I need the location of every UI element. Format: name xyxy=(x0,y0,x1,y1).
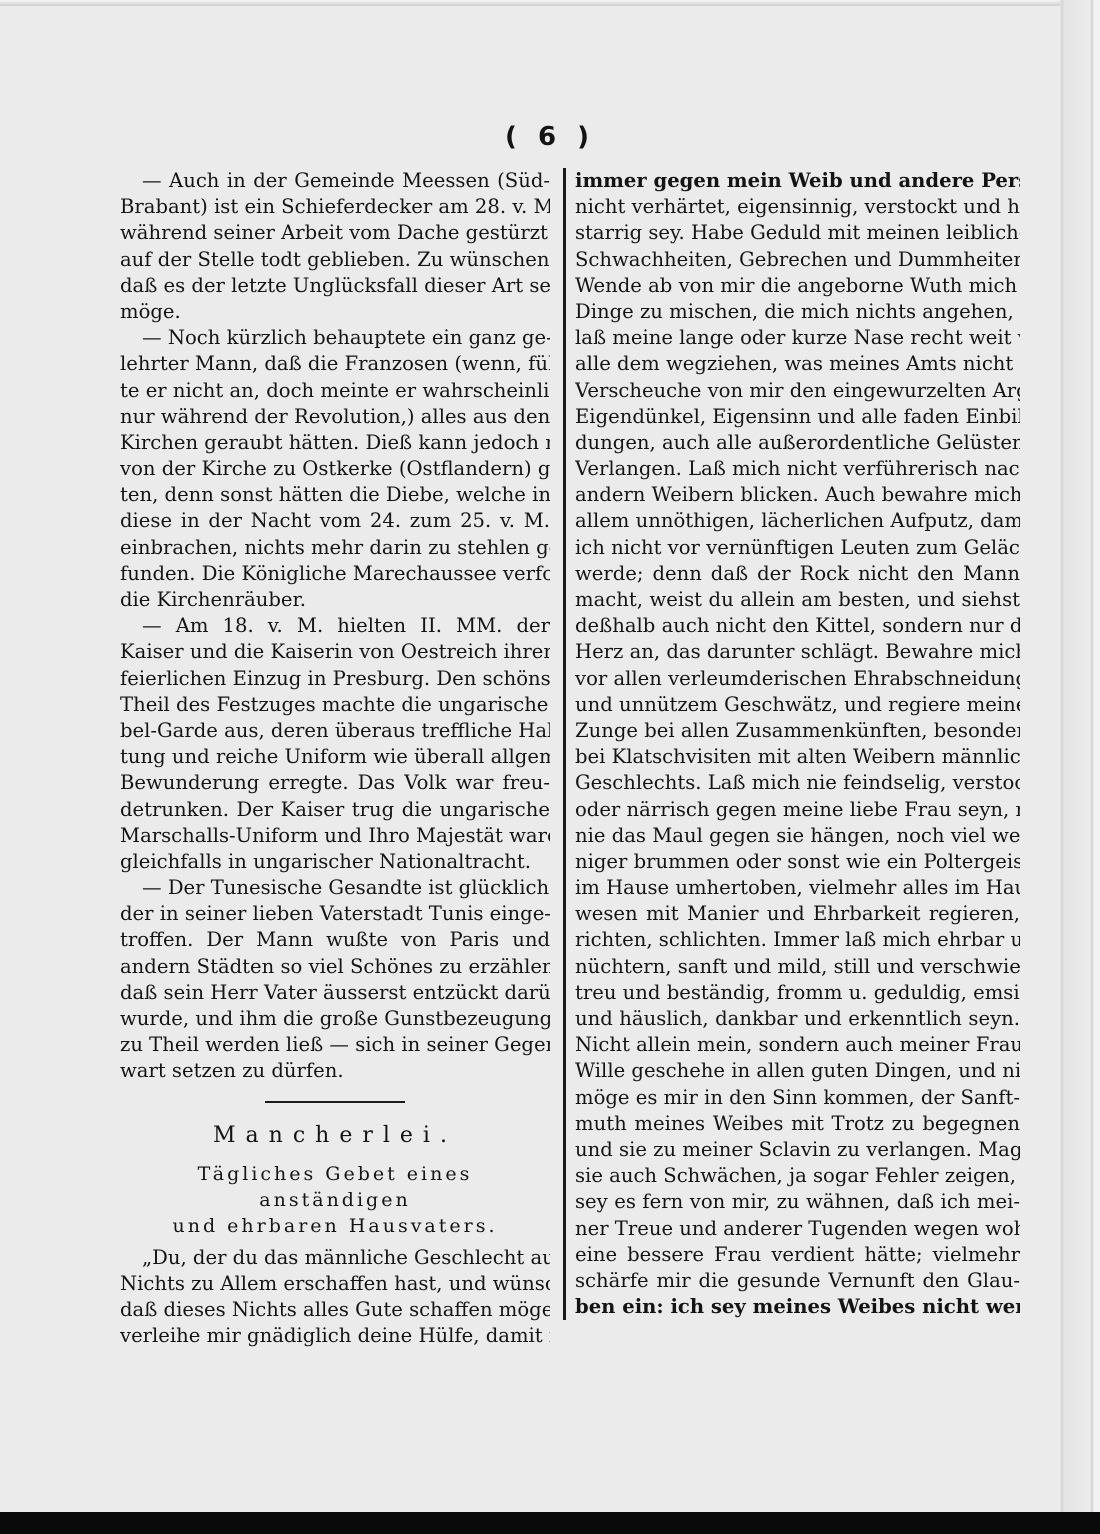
text-line: daß es der letzte Unglücksfall dieser Ar… xyxy=(120,273,550,299)
text-line: Geschlechts. Laß mich nie feindselig, ve… xyxy=(575,770,1020,796)
section-title: Mancherlei. xyxy=(120,1123,550,1149)
text-line: ben ein: ich sey meines Weibes nicht wer… xyxy=(575,1294,1020,1320)
text-line: immer gegen mein Weib und andere Persone… xyxy=(575,168,1020,194)
text-line: wesen mit Manier und Ehrbarkeit regieren… xyxy=(575,901,1020,927)
text-line: detrunken. Der Kaiser trug die ungarisch… xyxy=(120,797,550,823)
page-binding-edge xyxy=(1060,0,1100,1534)
text-line: und häuslich, dankbar und erkenntlich se… xyxy=(575,1006,1020,1032)
text-line: nie das Maul gegen sie hängen, noch viel… xyxy=(575,823,1020,849)
text-line: ner Treue und anderer Tugenden wegen woh… xyxy=(575,1216,1020,1242)
text-line: Theil des Festzuges machte die ungarisch… xyxy=(120,692,550,718)
text-line: eine bessere Frau verdient hätte; vielme… xyxy=(575,1242,1020,1268)
text-line: sey es fern von mir, zu wähnen, daß ich … xyxy=(575,1189,1020,1215)
text-line: ich nicht vor vernünftigen Leuten zum Ge… xyxy=(575,535,1020,561)
text-line: möge. xyxy=(120,299,550,325)
text-line: feierlichen Einzug in Presburg. Den schö… xyxy=(120,666,550,692)
text-line: bei Klatschvisiten mit alten Weibern män… xyxy=(575,744,1020,770)
text-line: macht, weist du allein am besten, und si… xyxy=(575,587,1020,613)
text-line: Bewunderung erregte. Das Volk war freu- xyxy=(120,770,550,796)
article-presburg: — Am 18. v. M. hielten II. MM. der Kaise… xyxy=(120,613,550,875)
text-line: zu Theil werden ließ — sich in seiner Ge… xyxy=(120,1032,550,1058)
article-subtitle-line-1: Tägliches Gebet eines anständigen xyxy=(120,1161,550,1213)
text-line: und sie zu meiner Sclavin zu verlangen. … xyxy=(575,1137,1020,1163)
column-divider xyxy=(563,168,566,1320)
text-line: und unnützem Geschwätz, und regiere mein… xyxy=(575,692,1020,718)
text-line: Brabant) ist ein Schieferdecker am 28. v… xyxy=(120,194,550,220)
text-line: sie auch Schwächen, ja sogar Fehler zeig… xyxy=(575,1163,1020,1189)
text-line: Wende ab von mir die angeborne Wuth mich… xyxy=(575,273,1020,299)
article-subtitle-line-2: und ehrbaren Hausvaters. xyxy=(120,1213,550,1239)
text-line: Marschalls-Uniform und Ihro Majestät war… xyxy=(120,823,550,849)
text-line: muth meines Weibes mit Trotz zu begegnen xyxy=(575,1111,1020,1137)
text-line: Eigendünkel, Eigensinn und alle faden Ei… xyxy=(575,404,1020,430)
text-line: Zunge bei allen Zusammenkünften, besonde… xyxy=(575,718,1020,744)
text-line: während seiner Arbeit vom Dache gestürzt… xyxy=(120,220,550,246)
text-line: Verlangen. Laß mich nicht verführerisch … xyxy=(575,456,1020,482)
text-line: Wille geschehe in allen guten Dingen, un… xyxy=(575,1058,1020,1084)
text-line: nüchtern, sanft und mild, still und vers… xyxy=(575,954,1020,980)
text-line: einbrachen, nichts mehr darin zu stehlen… xyxy=(120,535,550,561)
text-line: alle dem wegziehen, was meines Amts nich… xyxy=(575,351,1020,377)
text-line: möge es mir in den Sinn kommen, der Sanf… xyxy=(575,1085,1020,1111)
text-line: von der Kirche zu Ostkerke (Ostflandern)… xyxy=(120,456,550,482)
text-line: starrig sey. Habe Geduld mit meinen leib… xyxy=(575,220,1020,246)
text-line: wurde, und ihm die große Gunstbezeugung xyxy=(120,1006,550,1032)
text-line: diese in der Nacht vom 24. zum 25. v. M. xyxy=(120,508,550,534)
scan-bottom-border xyxy=(0,1512,1100,1534)
text-line: daß dieses Nichts alles Gute schaffen mö… xyxy=(120,1297,550,1323)
text-line: gleichfalls in ungarischer Nationaltrach… xyxy=(120,849,550,875)
text-line: „Du, der du das männliche Geschlecht aus xyxy=(120,1245,550,1271)
text-line: ten, denn sonst hätten die Diebe, welche… xyxy=(120,482,550,508)
text-line: vor allen verleumderischen Ehrabschneidu… xyxy=(575,666,1020,692)
text-line: Verscheuche von mir den eingewurzelten A… xyxy=(575,378,1020,404)
text-line: — Noch kürzlich behauptete ein ganz ge- xyxy=(120,325,550,351)
text-line: — Der Tunesische Gesandte ist glücklich … xyxy=(120,875,550,901)
page-number: ( 6 ) xyxy=(500,122,600,152)
text-line: tung und reiche Uniform wie überall allg… xyxy=(120,744,550,770)
text-line: wart setzen zu dürfen. xyxy=(120,1058,550,1084)
article-ostkerke: — Noch kürzlich behauptete ein ganz ge- … xyxy=(120,325,550,613)
text-line: Kaiser und die Kaiserin von Oestreich ih… xyxy=(120,639,550,665)
article-tunis: — Der Tunesische Gesandte ist glücklich … xyxy=(120,875,550,1085)
text-line: lehrter Mann, daß die Franzosen (wenn, f… xyxy=(120,351,550,377)
text-line: nur während der Revolution,) alles aus d… xyxy=(120,404,550,430)
text-line: Schwachheiten, Gebrechen und Dummheiten. xyxy=(575,247,1020,273)
text-line: werde; denn daß der Rock nicht den Mann xyxy=(575,561,1020,587)
text-line: auf der Stelle todt geblieben. Zu wünsch… xyxy=(120,247,550,273)
text-line: te er nicht an, doch meinte er wahrschei… xyxy=(120,378,550,404)
text-line: bel-Garde aus, deren überaus treffliche … xyxy=(120,718,550,744)
text-line: allem unnöthigen, lächerlichen Aufputz, … xyxy=(575,508,1020,534)
text-line: — Auch in der Gemeinde Meessen (Süd- xyxy=(120,168,550,194)
text-line: schärfe mir die gesunde Vernunft den Gla… xyxy=(575,1268,1020,1294)
text-line: verleihe mir gnädiglich deine Hülfe, dam… xyxy=(120,1323,550,1349)
section-separator-rule xyxy=(265,1101,405,1103)
text-line: laß meine lange oder kurze Nase recht we… xyxy=(575,325,1020,351)
text-line: Dinge zu mischen, die mich nichts angehe… xyxy=(575,299,1020,325)
text-line: funden. Die Königliche Marechaussee verf… xyxy=(120,561,550,587)
article-meessen: — Auch in der Gemeinde Meessen (Süd- Bra… xyxy=(120,168,550,325)
text-line: Herz an, das darunter schlägt. Bewahre m… xyxy=(575,639,1020,665)
text-line: treu und beständig, fromm u. geduldig, e… xyxy=(575,980,1020,1006)
text-line: oder närrisch gegen meine liebe Frau sey… xyxy=(575,797,1020,823)
text-line: Kirchen geraubt hätten. Dieß kann jedoch… xyxy=(120,430,550,456)
text-line: Nichts zu Allem erschaffen hast, und wün… xyxy=(120,1271,550,1297)
text-line: Nicht allein mein, sondern auch meiner F… xyxy=(575,1032,1020,1058)
text-line: — Am 18. v. M. hielten II. MM. der xyxy=(120,613,550,639)
text-line: deßhalb auch nicht den Kittel, sondern n… xyxy=(575,613,1020,639)
text-line: nicht verhärtet, eigensinnig, verstockt … xyxy=(575,194,1020,220)
text-line: dungen, auch alle außerordentliche Gelüs… xyxy=(575,430,1020,456)
prayer-text-start: „Du, der du das männliche Geschlecht aus… xyxy=(120,1245,550,1350)
left-column: — Auch in der Gemeinde Meessen (Süd- Bra… xyxy=(120,168,550,1350)
text-line: andern Städten so viel Schönes zu erzähl… xyxy=(120,954,550,980)
text-line: niger brummen oder sonst wie ein Polterg… xyxy=(575,849,1020,875)
text-line: andern Weibern blicken. Auch bewahre mic… xyxy=(575,482,1020,508)
text-line: der in seiner lieben Vaterstadt Tunis ei… xyxy=(120,901,550,927)
text-line: troffen. Der Mann wußte von Paris und xyxy=(120,927,550,953)
text-line: richten, schlichten. Immer laß mich ehrb… xyxy=(575,927,1020,953)
text-line: daß sein Herr Vater äusserst entzückt da… xyxy=(120,980,550,1006)
text-line: die Kirchenräuber. xyxy=(120,587,550,613)
text-line: im Hause umhertoben, vielmehr alles im H… xyxy=(575,875,1020,901)
right-column: immer gegen mein Weib und andere Persone… xyxy=(575,168,1020,1320)
